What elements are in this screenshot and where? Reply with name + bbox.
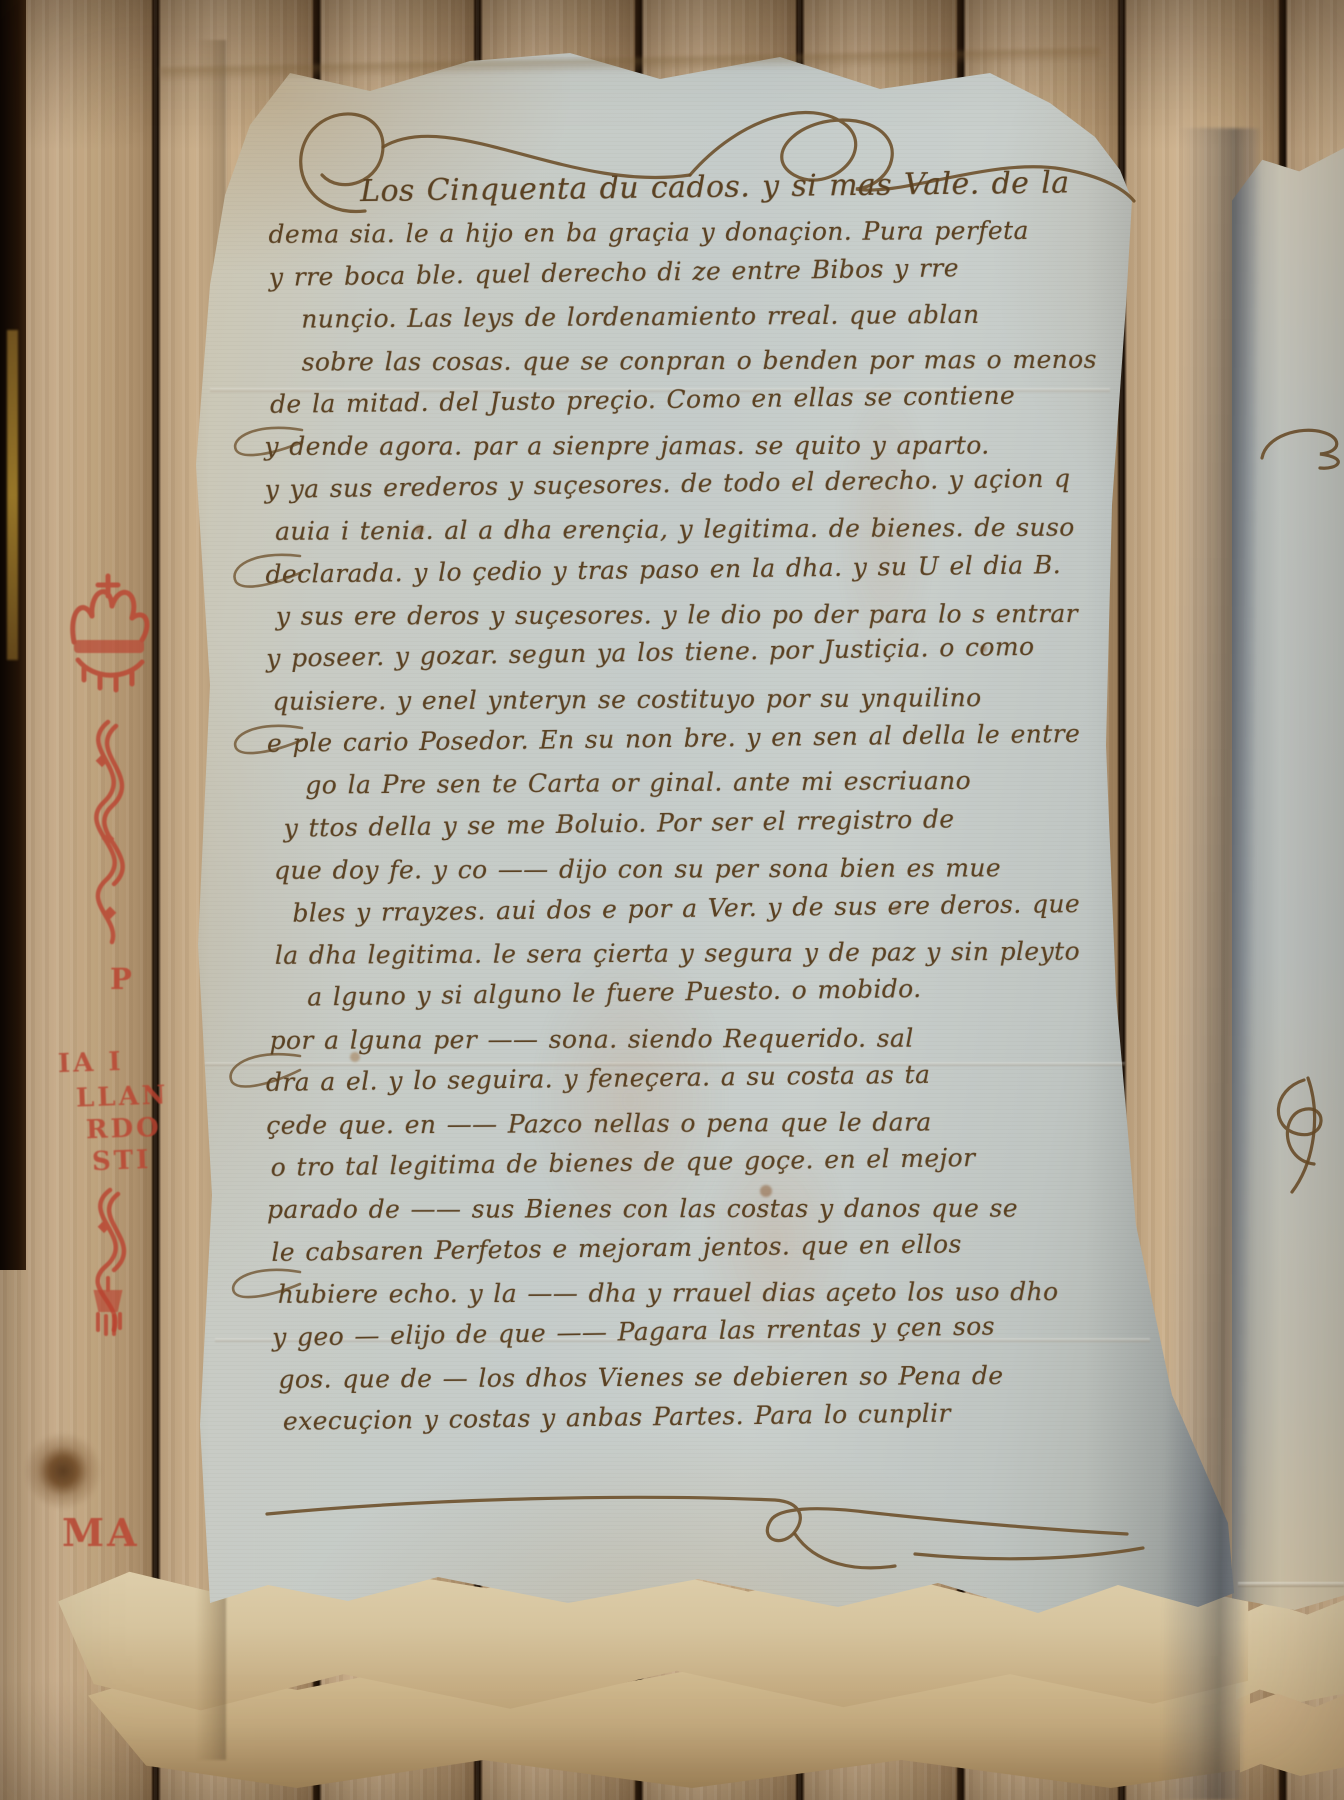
manuscript-line: Los Cinquenta du cados. y si mas Vale. d… (360, 161, 1145, 213)
margin-print-letter: MA (62, 1510, 140, 1555)
crown-ornament (60, 568, 158, 710)
right-page-crease (1238, 1582, 1344, 1587)
right-page-flourish-top (1258, 418, 1344, 480)
wood-gap-glint (7, 330, 18, 660)
margin-print-letter: IA I (57, 1047, 124, 1079)
right-page-bottom-edge-1 (1236, 1598, 1344, 1702)
right-page-sliver (1232, 148, 1344, 1610)
margin-print-letter: STI (91, 1145, 151, 1177)
right-page-bottom-edge-2 (1240, 1690, 1344, 1776)
right-page-flourish-middle (1262, 1068, 1344, 1200)
photo-of-manuscript: P IA I LLAN RDO STI MA (0, 0, 1344, 1800)
manuscript-line: execuçion y costas y anbas Partes. Para … (283, 1390, 1156, 1443)
manuscript-line: nunçio. Las leys de lordenamiento rreal.… (301, 293, 1146, 341)
margin-print-letter: P (110, 962, 135, 996)
manuscript-text-block: Los Cinquenta du cados. y si mas Vale. d… (255, 164, 1156, 1443)
ribbon-swag-ornament (64, 716, 152, 948)
margin-print-letter: LLAN (76, 1080, 170, 1113)
tassel-ornament (84, 1276, 132, 1336)
margin-print-letter: RDO (85, 1113, 162, 1146)
closing-underline-flourish (255, 1468, 1155, 1580)
